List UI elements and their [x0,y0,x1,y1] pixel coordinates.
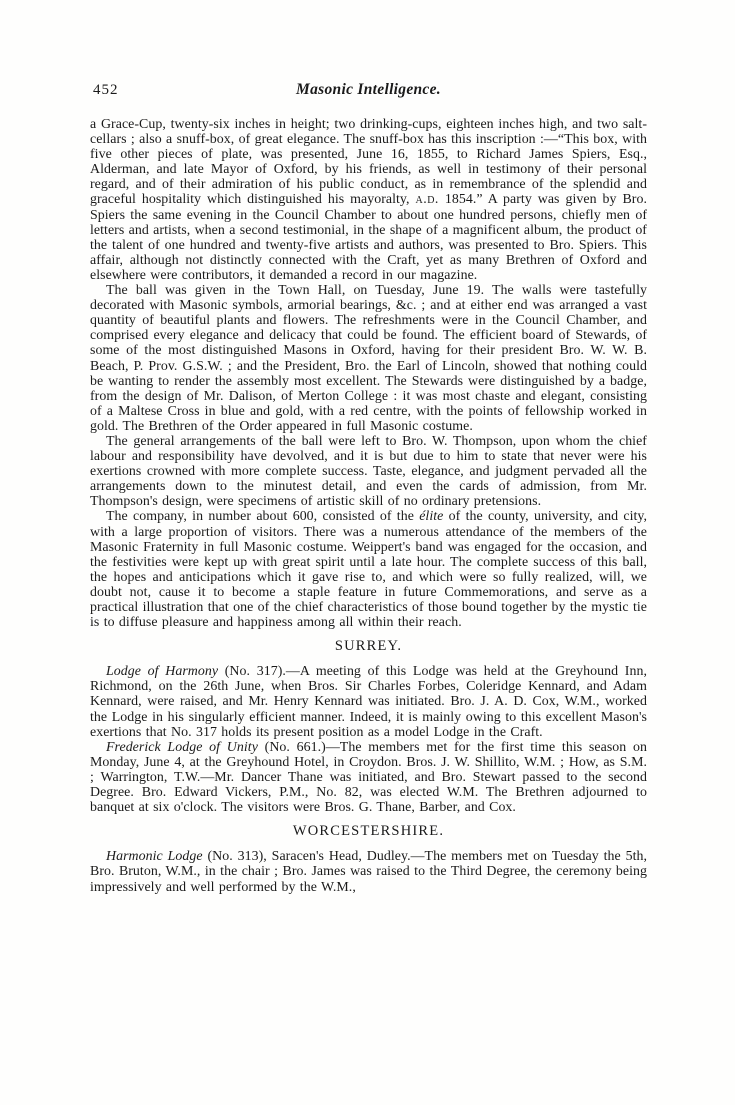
harmonic-lodge-name: Harmonic Lodge [106,849,203,864]
section-heading-surrey: SURREY. [90,639,647,654]
company-text-start: The company, in number about 600, consis… [106,509,419,524]
paragraph-lodge-of-harmony: Lodge of Harmony (No. 317).—A meeting of… [90,664,647,739]
running-title: Masonic Intelligence. [90,81,647,99]
page-body: a Grace-Cup, twenty-six inches in height… [90,117,647,895]
company-text-end: of the county, university, and city, wit… [90,509,647,630]
paragraph-company-attendance: The company, in number about 600, consis… [90,509,647,630]
paragraph-ball-arrangements: The general arrangements of the ball wer… [90,434,647,509]
page-header: 452 Masonic Intelligence. [90,81,647,101]
lodge-of-harmony-name: Lodge of Harmony [106,664,218,679]
paragraph-harmonic-lodge: Harmonic Lodge (No. 313), Saracen's Head… [90,849,647,894]
paragraph-oxford-testimonial: a Grace-Cup, twenty-six inches in height… [90,117,647,283]
section-heading-worcestershire: WORCESTERSHIRE. [90,824,647,839]
frederick-lodge-of-unity-name: Frederick Lodge of Unity [106,740,258,755]
paragraph-oxford-ball: The ball was given in the Town Hall, on … [90,283,647,434]
paragraph-frederick-lodge-of-unity: Frederick Lodge of Unity (No. 661.)—The … [90,740,647,815]
elite-italic: élite [419,509,443,524]
scanned-page: 452 Masonic Intelligence. a Grace-Cup, t… [0,0,735,1105]
anno-domini-smallcaps: a.d. [416,192,439,207]
